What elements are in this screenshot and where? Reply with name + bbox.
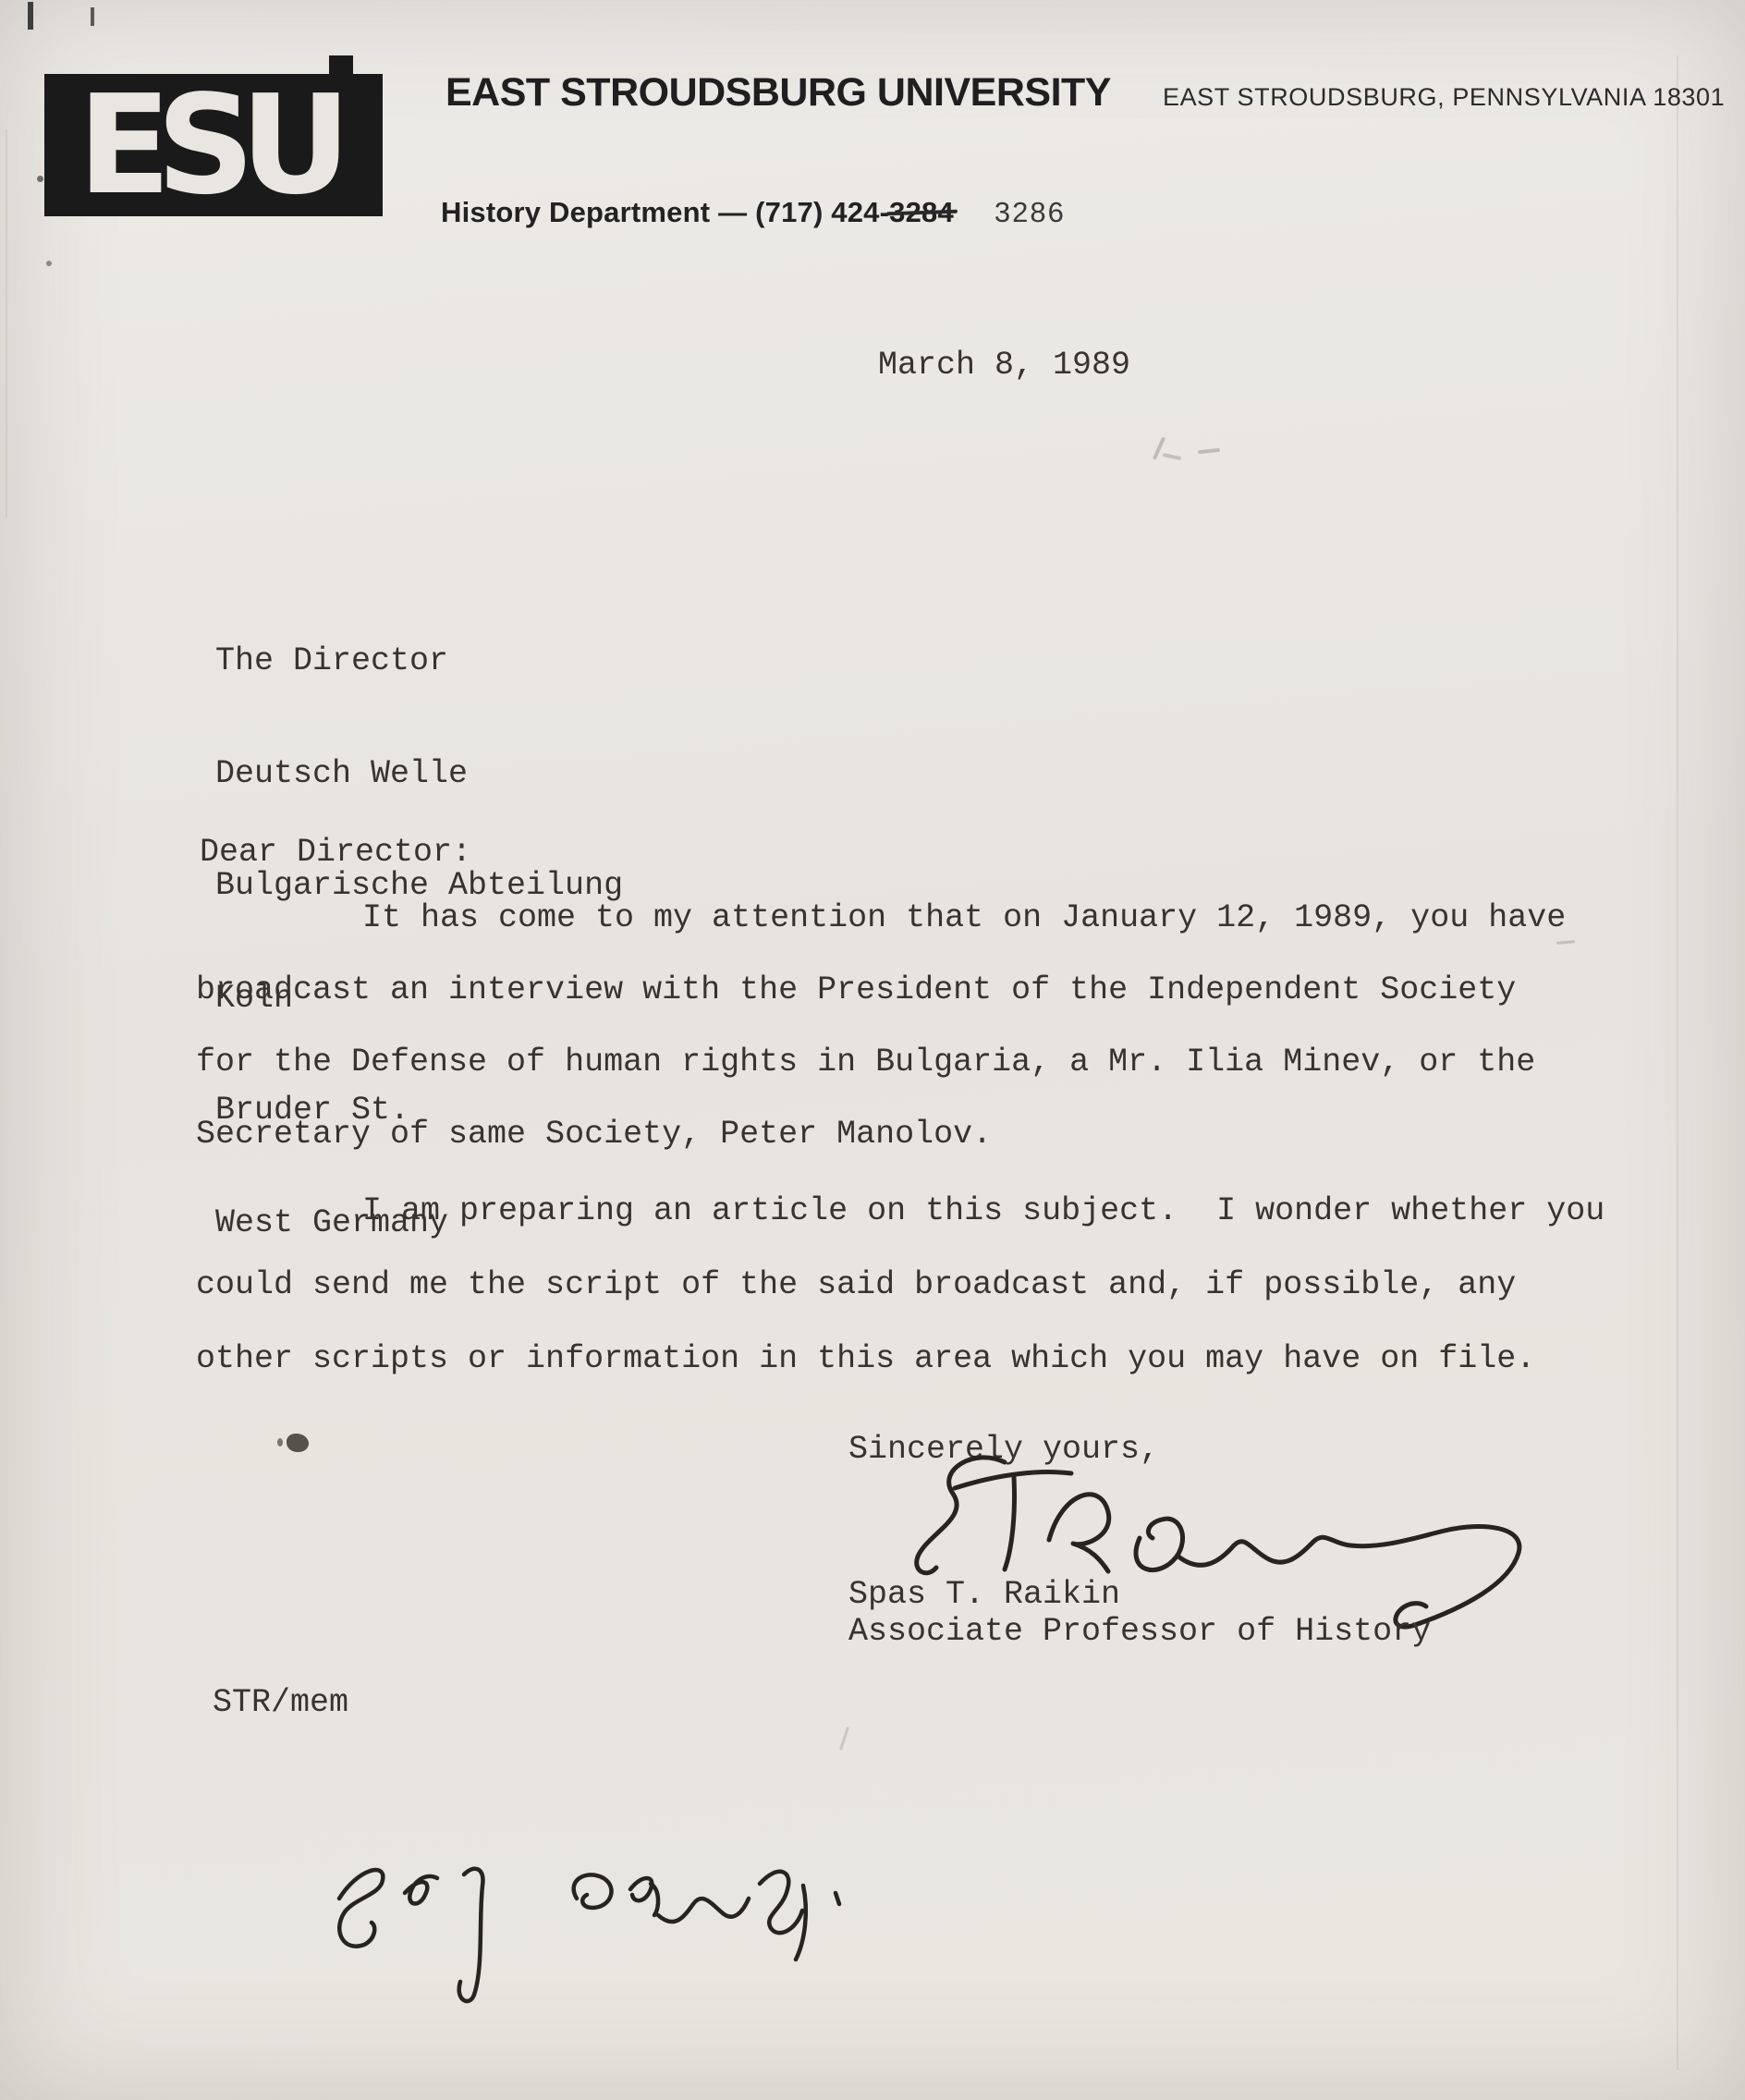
body-paragraph2-line: other scripts or information in this are… (196, 1340, 1535, 1377)
pencil-mark (1198, 448, 1220, 454)
body-paragraph1-line: It has come to my attention that on Janu… (196, 899, 1566, 936)
phone-struck-out: 3284 (889, 196, 954, 228)
handwritten-note (316, 1841, 885, 2026)
university-line: EAST STROUDSBURG UNIVERSITY EAST STROUDS… (445, 70, 1725, 116)
reference-initials: STR/mem (213, 1684, 348, 1721)
body-paragraph1-line: for the Defense of human rights in Bulga… (196, 1044, 1535, 1081)
university-location: EAST STROUDSBURG, PENNSYLVANIA 18301 (1163, 83, 1725, 112)
scan-speck (37, 176, 43, 182)
scan-speck (28, 2, 33, 30)
body-paragraph1-line: Secretary of same Society, Peter Manolov… (196, 1116, 992, 1153)
body-paragraph2-line: could send me the script of the said bro… (196, 1266, 1516, 1303)
department-line: History Department — (717) 424-32843286 (441, 196, 1066, 229)
esu-logo: ESU (44, 74, 383, 216)
recipient-line: The Director (215, 642, 623, 680)
signer-title: Associate Professor of History (848, 1613, 1431, 1650)
letter-page: ESU EAST STROUDSBURG UNIVERSITY EAST STR… (0, 0, 1745, 2100)
body-paragraph1-line: broadcast an interview with the Presiden… (196, 971, 1516, 1008)
pencil-mark (839, 1727, 849, 1751)
phone-corrected: 3286 (995, 196, 1066, 228)
university-name: EAST STROUDSBURG UNIVERSITY (445, 70, 1111, 116)
salutation: Dear Director: (200, 834, 471, 871)
scan-speck (46, 261, 52, 266)
esu-logo-text: ESU (78, 77, 336, 214)
department-phone-prefix: History Department — (717) 424- (441, 196, 889, 228)
date-line: March 8, 1989 (878, 347, 1130, 384)
scan-streak (1677, 55, 1678, 2070)
scan-speck (91, 7, 94, 26)
signer-name: Spas T. Raikin (848, 1576, 1120, 1613)
body-paragraph2-line: I am preparing an article on this subjec… (196, 1192, 1605, 1229)
pencil-mark (1163, 453, 1181, 460)
ink-blot (277, 1438, 283, 1447)
recipient-line: Deutsch Welle (215, 755, 623, 793)
ink-blot (287, 1434, 309, 1452)
pencil-mark (1556, 940, 1575, 945)
scan-streak (6, 129, 7, 518)
